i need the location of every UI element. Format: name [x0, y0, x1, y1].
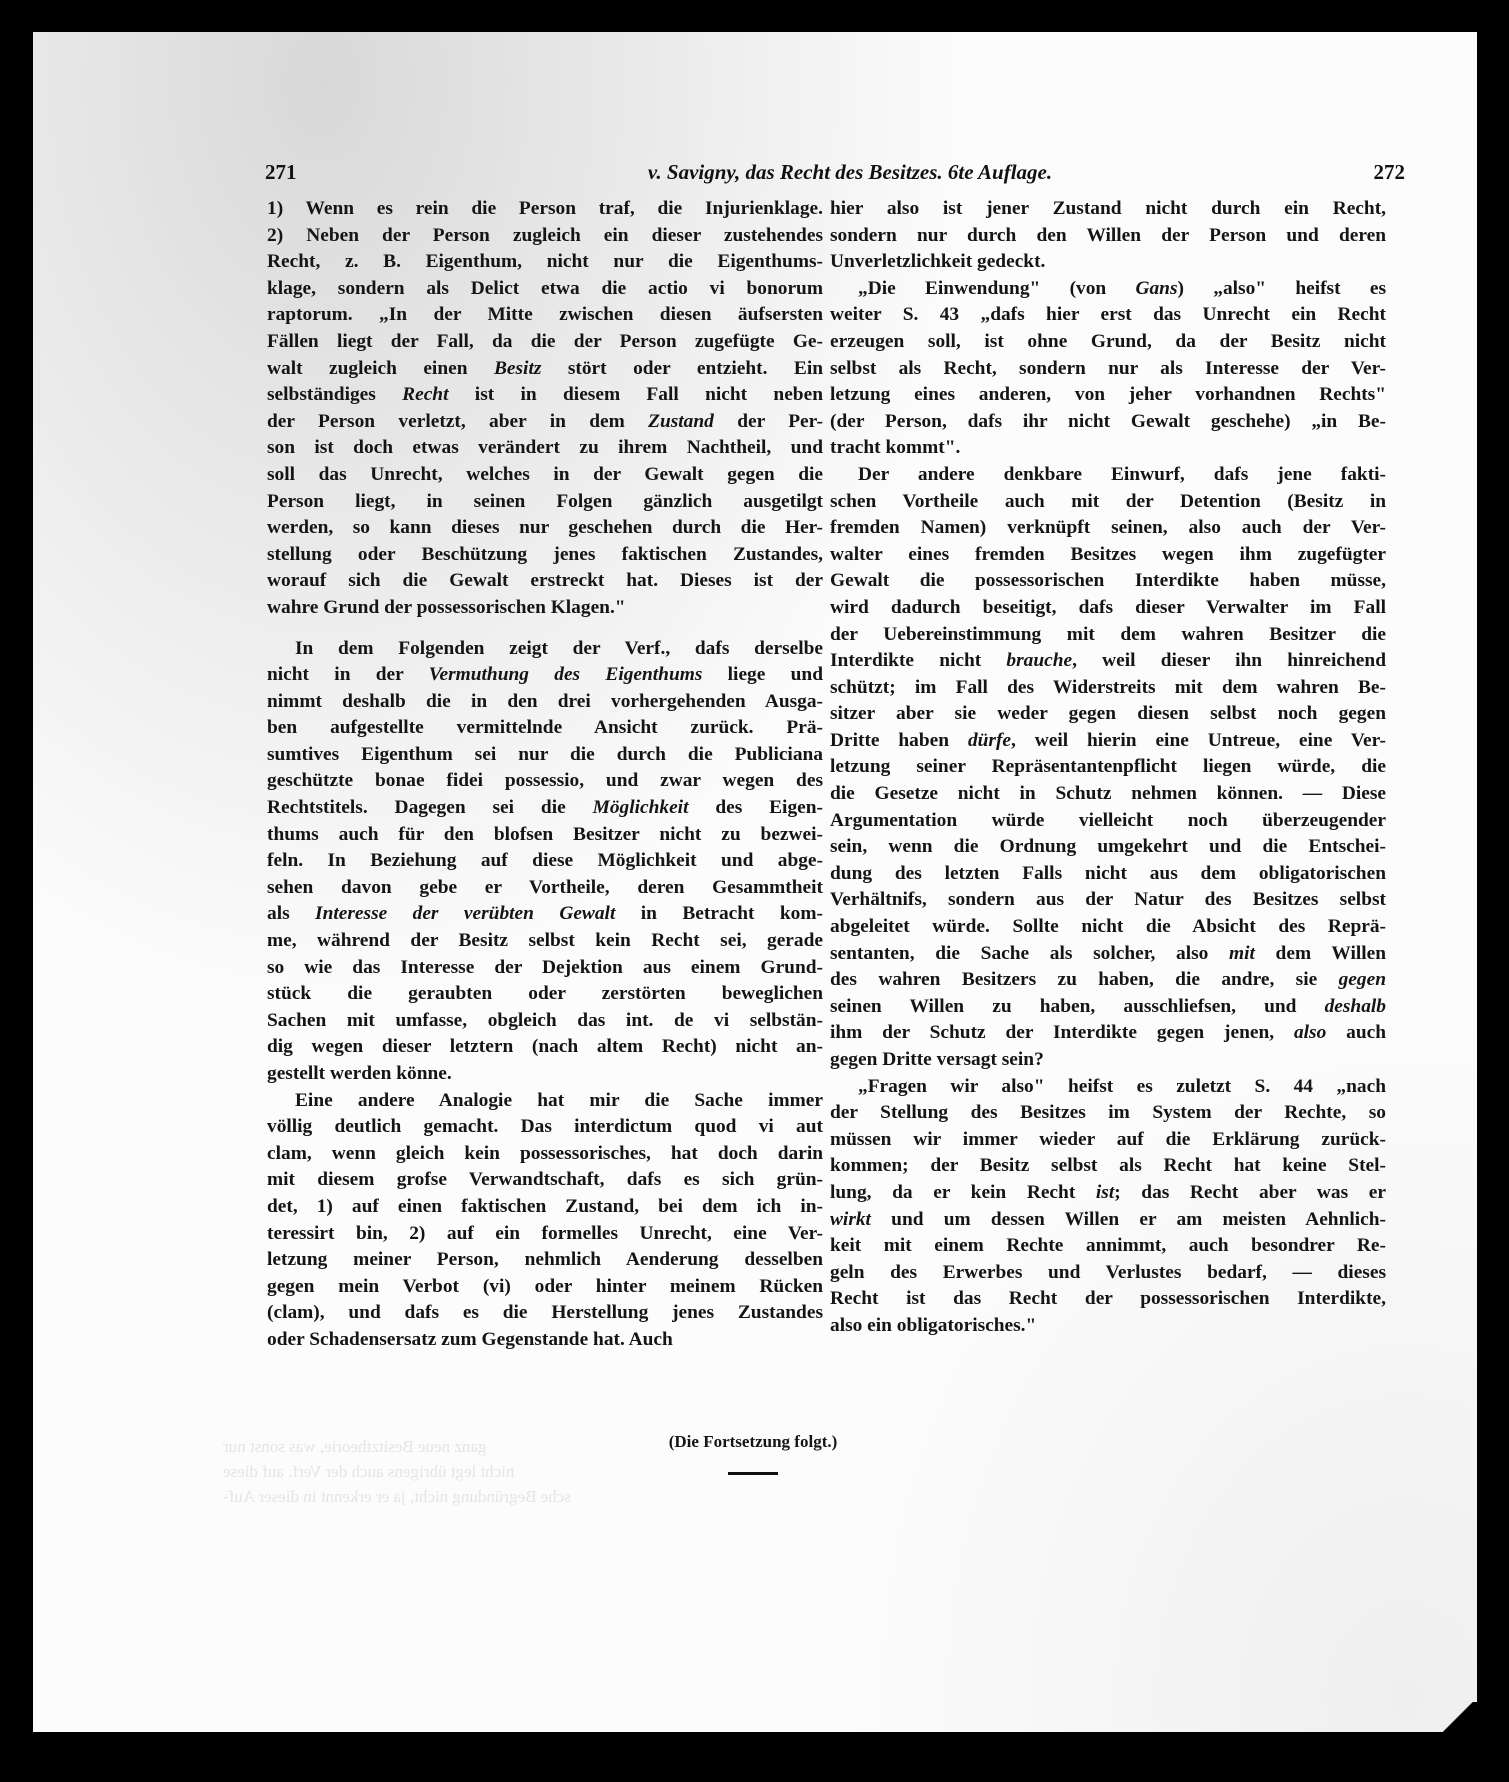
text-line: In dem Folgenden zeigt der Verf., dafs d…: [267, 636, 823, 663]
text-line: werden, so kann dieses nur geschehen dur…: [267, 515, 823, 542]
text-line: Fällen liegt der Fall, da die der Person…: [267, 329, 823, 356]
text-line: als Interesse der verübten Gewalt in Bet…: [267, 901, 823, 928]
text-line: walter eines fremden Besitzes wegen ihm …: [830, 542, 1386, 569]
emphasis: Gans: [1135, 278, 1177, 299]
text-line: dig wegen dieser letztern (nach altem Re…: [267, 1034, 823, 1061]
page-header: 271 v. Savigny, das Recht des Besitzes. …: [265, 160, 1405, 190]
text-line: me, während der Besitz selbst kein Recht…: [267, 928, 823, 955]
bleed-through-text: sche Begründung nicht, ja er erkennt in …: [223, 1487, 571, 1507]
text-line: Der andere denkbare Einwurf, dafs jene f…: [830, 462, 1386, 489]
emphasis: Interesse der verübten Gewalt: [315, 903, 615, 924]
bleed-through-text: nicht legt übrigens auch der Verf. auf d…: [223, 1462, 514, 1482]
text-line: so wie das Interesse der Dejektion aus e…: [267, 955, 823, 982]
text-line: sehen davon gebe er Vortheile, deren Ges…: [267, 875, 823, 902]
text-line: sein, wenn die Ordnung umgekehrt und die…: [830, 834, 1386, 861]
paragraph: Eine andere Analogie hat mir die Sache i…: [267, 1088, 823, 1354]
emphasis: brauche: [1006, 650, 1072, 671]
text-line: klage, sondern als Delict etwa die actio…: [267, 276, 823, 303]
text-line: weiter S. 43 „dafs hier erst das Unrecht…: [830, 302, 1386, 329]
text-line: nimmt deshalb die in den drei vorhergehe…: [267, 689, 823, 716]
text-line: müssen wir immer wieder auf die Erklärun…: [830, 1127, 1386, 1154]
paragraph: 1) Wenn es rein die Person traf, die Inj…: [267, 196, 823, 622]
text-line: thums auch für den blofsen Besitzer nich…: [267, 822, 823, 849]
text-line: Eine andere Analogie hat mir die Sache i…: [267, 1088, 823, 1115]
text-line: Unverletzlichkeit gedeckt.: [830, 249, 1386, 276]
text-line: wirkt und um dessen Willen er am meisten…: [830, 1207, 1386, 1234]
text-line: teressirt bin, 2) auf ein formelles Unre…: [267, 1221, 823, 1248]
emphasis: Besitz: [494, 358, 541, 379]
text-line: „Fragen wir also" heifst es zuletzt S. 4…: [830, 1074, 1386, 1101]
text-line: Sachen mit umfasse, obgleich das int. de…: [267, 1008, 823, 1035]
footer-rule: [728, 1472, 778, 1475]
text-line: stück die geraubten oder zerstörten bewe…: [267, 981, 823, 1008]
emphasis: Möglichkeit: [593, 797, 689, 818]
text-line: schützt; im Fall des Widerstreits mit de…: [830, 675, 1386, 702]
text-line: die Gesetze nicht in Schutz nehmen könne…: [830, 781, 1386, 808]
paragraph: hier also ist jener Zustand nicht durch …: [830, 196, 1386, 276]
text-line: völlig deutlich gemacht. Das interdictum…: [267, 1114, 823, 1141]
text-line: Recht, z. B. Eigenthum, nicht nur die Ei…: [267, 249, 823, 276]
paragraph: „Die Einwendung" (von Gans) „also" heifs…: [830, 276, 1386, 462]
text-line: letzung meiner Person, nehmlich Aenderun…: [267, 1247, 823, 1274]
text-line: Recht ist das Recht der possessorischen …: [830, 1286, 1386, 1313]
text-line: ben aufgestellte vermittelnde Ansicht zu…: [267, 715, 823, 742]
emphasis: Recht: [402, 384, 448, 405]
scanned-page: 271 v. Savigny, das Recht des Besitzes. …: [33, 32, 1477, 1732]
text-line: Gewalt die possessorischen Interdikte ha…: [830, 568, 1386, 595]
emphasis: Vermuthung des Eigenthums: [429, 664, 703, 685]
text-line: Interdikte nicht brauche, weil dieser ih…: [830, 648, 1386, 675]
text-line: stellung oder Beschützung jenes faktisch…: [267, 542, 823, 569]
text-line: der Stellung des Besitzes im System der …: [830, 1100, 1386, 1127]
paragraph: „Fragen wir also" heifst es zuletzt S. 4…: [830, 1074, 1386, 1340]
text-line: „Die Einwendung" (von Gans) „also" heifs…: [830, 276, 1386, 303]
text-line: sentanten, die Sache als solcher, also m…: [830, 941, 1386, 968]
text-line: des wahren Besitzers zu haben, die andre…: [830, 967, 1386, 994]
text-line: geln des Erwerbes und Verlustes bedarf, …: [830, 1260, 1386, 1287]
text-line: selbständiges Recht ist in diesem Fall n…: [267, 382, 823, 409]
text-line: gegen Dritte versagt sein?: [830, 1047, 1386, 1074]
text-line: wahre Grund der possessorischen Klagen.": [267, 595, 823, 622]
text-line: soll das Unrecht, welches in der Gewalt …: [267, 462, 823, 489]
text-line: Verhältnifs, sondern aus der Natur des B…: [830, 887, 1386, 914]
text-line: gegen mein Verbot (vi) oder hinter meine…: [267, 1274, 823, 1301]
text-line: nicht in der Vermuthung des Eigenthums l…: [267, 662, 823, 689]
text-line: son ist doch etwas verändert zu ihrem Na…: [267, 435, 823, 462]
text-line: mit diesem grofse Verwandtschaft, dafs e…: [267, 1167, 823, 1194]
text-line: walt zugleich einen Besitz stört oder en…: [267, 356, 823, 383]
emphasis: ist: [1096, 1182, 1114, 1203]
text-line: sondern nur durch den Willen der Person …: [830, 223, 1386, 250]
text-line: 2) Neben der Person zugleich ein dieser …: [267, 223, 823, 250]
emphasis: deshalb: [1325, 996, 1386, 1017]
text-line: raptorum. „In der Mitte zwischen diesen …: [267, 302, 823, 329]
text-line: (der Person, dafs ihr nicht Gewalt gesch…: [830, 409, 1386, 436]
text-line: hier also ist jener Zustand nicht durch …: [830, 196, 1386, 223]
text-line: wird dadurch beseitigt, dafs dieser Verw…: [830, 595, 1386, 622]
running-title: v. Savigny, das Recht des Besitzes. 6te …: [265, 160, 1405, 185]
right-column: hier also ist jener Zustand nicht durch …: [830, 196, 1386, 1340]
text-line: letzung eines anderen, von jeher vorhand…: [830, 382, 1386, 409]
emphasis: Zustand: [648, 411, 714, 432]
text-line: der Person verletzt, aber in dem Zustand…: [267, 409, 823, 436]
text-line: abgeleitet würde. Sollte nicht die Absic…: [830, 914, 1386, 941]
text-line: dung des letzten Falls nicht aus dem obl…: [830, 861, 1386, 888]
emphasis: wirkt: [830, 1209, 871, 1230]
text-line: geschützte bonae fidei possessio, und zw…: [267, 768, 823, 795]
text-line: erzeugen soll, ist ohne Grund, da der Be…: [830, 329, 1386, 356]
text-line: Dritte haben dürfe, weil hierin eine Unt…: [830, 728, 1386, 755]
text-line: sitzer aber sie weder gegen diesen selbs…: [830, 701, 1386, 728]
text-line: selbst als Recht, sondern nur als Intere…: [830, 356, 1386, 383]
text-line: ihm der Schutz der Interdikte gegen jene…: [830, 1020, 1386, 1047]
text-line: seinen Willen zu haben, ausschliefsen, u…: [830, 994, 1386, 1021]
text-line: gestellt werden könne.: [267, 1061, 823, 1088]
text-line: also ein obligatorisches.": [830, 1313, 1386, 1340]
right-page-number: 272: [1374, 160, 1406, 185]
text-line: feln. In Beziehung auf diese Möglichkeit…: [267, 848, 823, 875]
text-line: keit mit einem Rechte annimmt, auch beso…: [830, 1233, 1386, 1260]
text-line: Argumentation würde vielleicht noch über…: [830, 808, 1386, 835]
text-line: (clam), und dafs es die Herstellung jene…: [267, 1300, 823, 1327]
text-line: letzung seiner Repräsentantenpflicht lie…: [830, 754, 1386, 781]
text-line: schen Vortheile auch mit der Detention (…: [830, 489, 1386, 516]
emphasis: also: [1294, 1022, 1326, 1043]
text-line: der Uebereinstimmung mit dem wahren Besi…: [830, 622, 1386, 649]
text-line: fremden Namen) verknüpft seinen, also au…: [830, 515, 1386, 542]
text-line: tracht kommt".: [830, 435, 1386, 462]
text-line: lung, da er kein Recht ist; das Recht ab…: [830, 1180, 1386, 1207]
left-column: 1) Wenn es rein die Person traf, die Inj…: [267, 196, 823, 1354]
text-line: clam, wenn gleich kein possessorisches, …: [267, 1141, 823, 1168]
continuation-note: (Die Fortsetzung folgt.): [663, 1432, 843, 1452]
emphasis: gegen: [1339, 969, 1386, 990]
paragraph: In dem Folgenden zeigt der Verf., dafs d…: [267, 636, 823, 1088]
text-line: oder Schadensersatz zum Gegenstande hat.…: [267, 1327, 823, 1354]
bleed-through-text: ganz neue Besitztheorie, was sonst nur: [223, 1437, 486, 1457]
text-line: sumtives Eigenthum sei nur die durch die…: [267, 742, 823, 769]
text-line: det, 1) auf einen faktischen Zustand, be…: [267, 1194, 823, 1221]
text-line: 1) Wenn es rein die Person traf, die Inj…: [267, 196, 823, 223]
text-line: kommen; der Besitz selbst als Recht hat …: [830, 1153, 1386, 1180]
emphasis: dürfe: [968, 730, 1011, 751]
emphasis: mit: [1229, 943, 1255, 964]
text-line: Person liegt, in seinen Folgen gänzlich …: [267, 489, 823, 516]
paragraph: Der andere denkbare Einwurf, dafs jene f…: [830, 462, 1386, 1074]
text-line: worauf sich die Gewalt erstreckt hat. Di…: [267, 568, 823, 595]
text-line: Rechtstitels. Dagegen sei die Möglichkei…: [267, 795, 823, 822]
